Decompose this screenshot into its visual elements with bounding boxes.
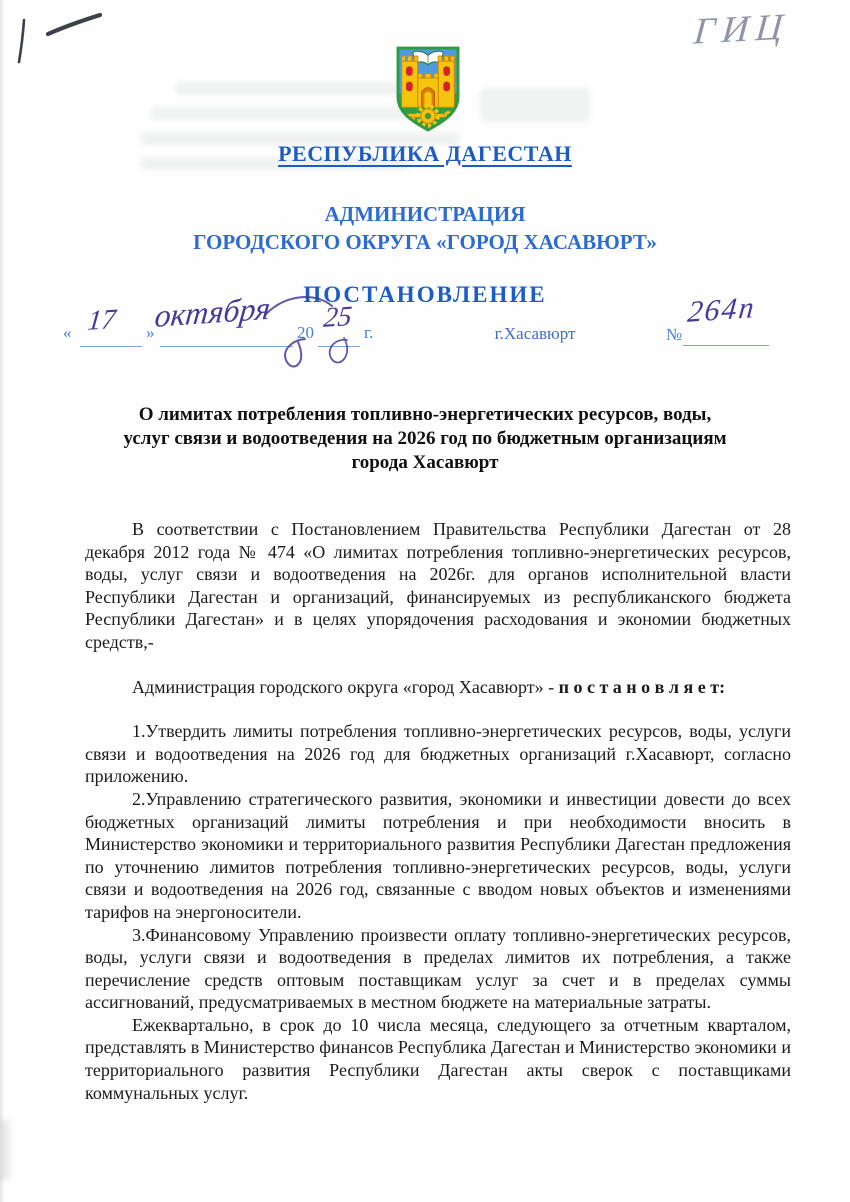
- paragraph-intro: В соответствии с Постановлением Правител…: [85, 518, 791, 654]
- paragraph-item1: 1.Утвердить лимиты потребления топливно-…: [85, 720, 791, 788]
- paragraph-resolve: Администрация городского округа «город Х…: [85, 676, 791, 699]
- date-year-suffix: г.: [364, 323, 373, 343]
- number-line: [683, 344, 769, 346]
- scanned-decree-page: ГИЦ: [0, 0, 850, 1202]
- date-open-quote: «: [63, 323, 72, 343]
- paragraph-item2: 2.Управлению стратегического развития, э…: [85, 788, 791, 924]
- place-name: г.Хасавюрт: [445, 324, 625, 344]
- pen-mark-strokes: [8, 6, 118, 76]
- number-label: №: [666, 325, 682, 345]
- header-republic-text: РЕСПУБЛИКА ДАГЕСТАН: [278, 141, 572, 166]
- header-city-okrug: ГОРОДСКОГО ОКРУГА «ГОРОД ХАСАВЮРТ»: [0, 230, 850, 255]
- scan-edge-shadow: [0, 0, 5, 1202]
- decree-body: В соответствии с Постановлением Правител…: [85, 518, 791, 1104]
- header-administration: АДМИНИСТРАЦИЯ: [0, 202, 850, 227]
- paragraph-item3: 3.Финансовому Управлению произвести опла…: [85, 924, 791, 1014]
- corner-note-handwriting: ГИЦ: [692, 5, 791, 53]
- scan-smudge: [0, 1120, 10, 1180]
- bleed-through-artifact: [480, 88, 590, 122]
- resolve-prefix: Администрация городского округа «город Х…: [132, 677, 559, 697]
- decree-title: О лимитах потребления топливно-энергетич…: [65, 403, 785, 475]
- date-day-line: [80, 345, 142, 347]
- date-day-handwriting: 17: [86, 304, 117, 338]
- resolve-emphasis: п о с т а н о в л я е т:: [559, 677, 725, 697]
- decree-title-line2: услуг связи и водоотведения на 2026 год …: [65, 427, 785, 451]
- header-republic: РЕСПУБЛИКА ДАГЕСТАН: [0, 141, 850, 167]
- coat-of-arms-khasavyurt: [384, 40, 472, 138]
- decree-title-line1: О лимитах потребления топливно-энергетич…: [65, 403, 785, 427]
- paragraph-item4: Ежеквартально, в срок до 10 числа месяца…: [85, 1014, 791, 1104]
- number-handwriting: 264п: [686, 291, 757, 330]
- decree-title-line3: города Хасавюрт: [65, 451, 785, 475]
